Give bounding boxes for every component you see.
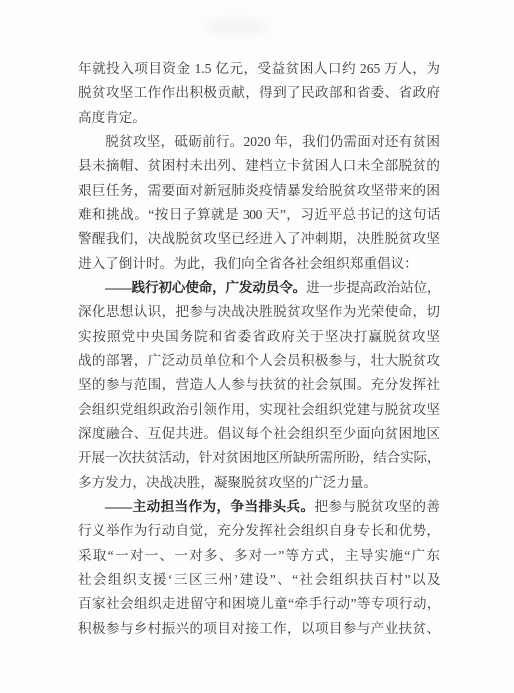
line-text: 会组织党组织政治引领作用，实现社会组织党建与脱贫攻坚 xyxy=(78,402,440,417)
text-line: ——主动担当作为，争当排头兵。把参与脱贫攻坚的善 xyxy=(78,495,440,519)
text-line: 社会组织支援‘三区三州’建设”、“社会组织扶百村”以及 xyxy=(78,568,440,592)
line-text: 警醒我们，决战脱贫攻坚已经进入了冲刺期，决胜脱贫攻坚 xyxy=(78,231,440,246)
text-line: 警醒我们，决战脱贫攻坚已经进入了冲刺期，决胜脱贫攻坚 xyxy=(78,227,440,251)
paragraph-lead-bold: ——践行初心使命，广发动员令。 xyxy=(105,280,306,295)
text-line: 会组织党组织政治引领作用，实现社会组织党建与脱贫攻坚 xyxy=(78,398,440,422)
text-line: 战的部署，广泛动员单位和个人会员积极参与，壮大脱贫攻 xyxy=(78,349,440,373)
text-line: 积极参与乡村振兴的项目对接工作，以项目参与产业扶贫、 xyxy=(78,617,440,641)
line-text: 开展一次扶贫活动，针对贫困地区所缺所需所盼，结合实际， xyxy=(78,450,440,465)
paragraph-indent xyxy=(78,145,105,146)
text-line: 行义举作为行动自觉，充分发挥社会组织自身专长和优势， xyxy=(78,519,440,543)
line-text: 社会组织支援‘三区三州’建设”、“社会组织扶百村”以及 xyxy=(78,572,440,587)
line-text: 积极参与乡村振兴的项目对接工作，以项目参与产业扶贫、 xyxy=(78,621,440,636)
text-line: 百家社会组织走进留守和困境儿童“牵手行动”等专项行动， xyxy=(78,592,440,616)
text-line: 县未摘帽、贫困村未出列、建档立卡贫困人口未全部脱贫的 xyxy=(78,154,440,178)
text-line: 深化思想认识，把参与决战决胜脱贫攻坚作为光荣使命，切 xyxy=(78,300,440,324)
line-text: 把参与脱贫攻坚的善 xyxy=(314,499,440,514)
line-text: 脱贫攻坚工作作出积极贡献，得到了民政部和省委、省政府 xyxy=(78,85,440,100)
scan-artifact-smudge xyxy=(205,20,269,33)
line-text: 实按照党中央国务院和省委省政府关于坚决打赢脱贫攻坚 xyxy=(78,329,440,344)
text-line: 艰巨任务，需要面对新冠肺炎疫情暴发给脱贫攻坚带来的困 xyxy=(78,179,440,203)
text-line: 脱贫攻坚，砥砺前行。2020 年，我们仍需面对还有贫困 xyxy=(78,130,440,154)
line-text: 年就投入项目资金 1.5 亿元，受益贫困人口约 265 万人，为 xyxy=(78,61,440,76)
text-line: 年就投入项目资金 1.5 亿元，受益贫困人口约 265 万人，为 xyxy=(78,57,440,81)
text-line: 难和挑战。“按日子算就是 300 天”，习近平总书记的这句话 xyxy=(78,203,440,227)
line-text: 深度融合、互促共进。倡议每个社会组织至少面向贫困地区 xyxy=(78,426,440,441)
line-text: 采取“一对一、一对多、多对一”等方式，主导实施“广东 xyxy=(78,548,440,563)
line-text: 进入了倒计时。为此，我们向全省各社会组织郑重倡议： xyxy=(78,256,418,271)
text-line: 实按照党中央国务院和省委省政府关于坚决打赢脱贫攻坚 xyxy=(78,325,440,349)
line-text: 脱贫攻坚，砥砺前行。2020 年，我们仍需面对还有贫困 xyxy=(105,134,440,149)
text-line: 脱贫攻坚工作作出积极贡献，得到了民政部和省委、省政府 xyxy=(78,81,440,105)
line-text: 行义举作为行动自觉，充分发挥社会组织自身专长和优势， xyxy=(78,523,440,538)
text-line: 深度融合、互促共进。倡议每个社会组织至少面向贫困地区 xyxy=(78,422,440,446)
text-line: 高度肯定。 xyxy=(78,106,440,130)
scanned-document-page: 年就投入项目资金 1.5 亿元，受益贫困人口约 265 万人，为脱贫攻坚工作作出… xyxy=(0,0,514,693)
line-text: 百家社会组织走进留守和困境儿童“牵手行动”等专项行动， xyxy=(78,596,440,611)
line-text: 进一步提高政治站位， xyxy=(306,280,440,295)
line-text: 难和挑战。“按日子算就是 300 天”，习近平总书记的这句话 xyxy=(78,207,440,222)
document-text-block: 年就投入项目资金 1.5 亿元，受益贫困人口约 265 万人，为脱贫攻坚工作作出… xyxy=(78,57,440,641)
line-text: 艰巨任务，需要面对新冠肺炎疫情暴发给脱贫攻坚带来的困 xyxy=(78,183,440,198)
text-line: 多方发力，决战决胜，凝聚脱贫攻坚的广泛力量。 xyxy=(78,471,440,495)
line-text: 战的部署，广泛动员单位和个人会员积极参与，壮大脱贫攻 xyxy=(78,353,440,368)
text-line: ——践行初心使命，广发动员令。进一步提高政治站位， xyxy=(78,276,440,300)
paragraph-lead-bold: ——主动担当作为，争当排头兵。 xyxy=(105,499,314,514)
paragraph-indent xyxy=(78,291,105,292)
line-text: 坚的参与范围，营造人人参与扶贫的社会氛围。充分发挥社 xyxy=(78,377,440,392)
text-line: 坚的参与范围，营造人人参与扶贫的社会氛围。充分发挥社 xyxy=(78,373,440,397)
paragraph-indent xyxy=(78,510,105,511)
text-line: 开展一次扶贫活动，针对贫困地区所缺所需所盼，结合实际， xyxy=(78,446,440,470)
line-text: 县未摘帽、贫困村未出列、建档立卡贫困人口未全部脱贫的 xyxy=(78,158,440,173)
line-text: 深化思想认识，把参与决战决胜脱贫攻坚作为光荣使命，切 xyxy=(78,304,440,319)
line-text: 高度肯定。 xyxy=(78,110,146,125)
text-line: 采取“一对一、一对多、多对一”等方式，主导实施“广东 xyxy=(78,544,440,568)
text-line: 进入了倒计时。为此，我们向全省各社会组织郑重倡议： xyxy=(78,252,440,276)
line-text: 多方发力，决战决胜，凝聚脱贫攻坚的广泛力量。 xyxy=(78,475,377,490)
